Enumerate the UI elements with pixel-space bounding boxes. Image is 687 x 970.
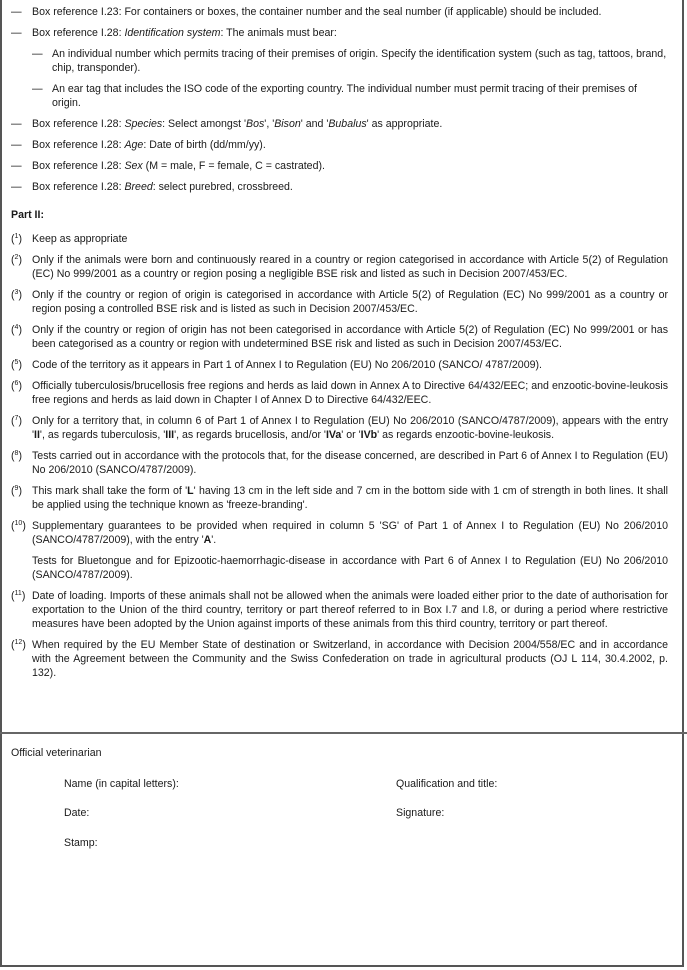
footnote-10: (10)Supplementary guarantees to be provi… [0, 519, 680, 582]
official-veterinarian-title: Official veterinarian [11, 746, 101, 760]
footnote-marker: (3) [11, 288, 22, 302]
footnote-7: (7)Only for a territory that, in column … [0, 414, 680, 442]
footnote-1: (1)Keep as appropriate [0, 232, 680, 246]
footnote-text: Tests for Bluetongue and for Epizootic-h… [32, 554, 668, 582]
note-text: An ear tag that includes the ISO code of… [52, 83, 637, 109]
footnote-text: Only for a territory that, in column 6 o… [32, 414, 668, 442]
part-ii-heading: Part II: [11, 208, 680, 222]
note-text: Box reference I.28: Age: Date of birth (… [32, 139, 266, 151]
footnote-marker: (7) [11, 414, 22, 428]
footnote-marker: (2) [11, 253, 22, 267]
footnote-marker: (8) [11, 449, 22, 463]
footnote-text: Officially tuberculosis/brucellosis free… [32, 379, 668, 407]
dash-bullet-icon: — [32, 47, 43, 61]
footnote-text: When required by the EU Member State of … [32, 638, 668, 680]
footnote-marker: (12) [11, 638, 26, 652]
dash-bullet-icon: — [11, 26, 22, 40]
note-text: Box reference I.28: Sex (M = male, F = f… [32, 160, 325, 172]
footnote-text: Only if the animals were born and contin… [32, 253, 668, 281]
name-field-label: Name (in capital letters): [64, 777, 179, 791]
footnote-2: (2)Only if the animals were born and con… [0, 253, 680, 281]
footnote-marker: (5) [11, 358, 22, 372]
dash-bullet-icon: — [11, 5, 22, 19]
footnote-text: Code of the territory as it appears in P… [32, 358, 668, 372]
box-note-item: —Box reference I.28: Sex (M = male, F = … [0, 159, 680, 173]
box-note-item: —Box reference I.28: Age: Date of birth … [0, 138, 680, 152]
note-text: Box reference I.28: Species: Select amon… [32, 118, 442, 130]
note-text: An individual number which permits traci… [52, 48, 666, 74]
footnote-marker: (4) [11, 323, 22, 337]
footnote-marker: (11) [11, 589, 25, 603]
sub-note-item: —An individual number which permits trac… [0, 47, 680, 75]
section-divider [0, 732, 687, 734]
dash-bullet-icon: — [11, 138, 22, 152]
footnote-marker: (9) [11, 484, 22, 498]
stamp-field-label: Stamp: [64, 836, 98, 850]
footnote-text: Supplementary guarantees to be provided … [32, 519, 668, 547]
sub-note-item: —An ear tag that includes the ISO code o… [0, 82, 680, 110]
footnote-text: Tests carried out in accordance with the… [32, 449, 668, 477]
footnote-text: Only if the country or region of origin … [32, 288, 668, 316]
note-text: Box reference I.28: Breed: select purebr… [32, 181, 293, 193]
footnote-marker: (1) [11, 232, 22, 246]
footnote-9: (9)This mark shall take the form of 'L' … [0, 484, 680, 512]
box-note-item: —Box reference I.28: Identification syst… [0, 26, 680, 40]
signature-field-label: Signature: [396, 806, 444, 820]
footnote-11: (11)Date of loading. Imports of these an… [0, 589, 680, 631]
dash-bullet-icon: — [32, 82, 43, 96]
qualification-field-label: Qualification and title: [396, 777, 497, 791]
box-reference-notes: —Box reference I.23: For containers or b… [0, 5, 680, 194]
dash-bullet-icon: — [11, 159, 22, 173]
note-text: Box reference I.28: Identification syste… [32, 27, 337, 39]
footnote-8: (8)Tests carried out in accordance with … [0, 449, 680, 477]
footnote-6: (6)Officially tuberculosis/brucellosis f… [0, 379, 680, 407]
footnote-12: (12)When required by the EU Member State… [0, 638, 680, 680]
footnote-text: Keep as appropriate [32, 232, 668, 246]
footnote-text: Only if the country or region of origin … [32, 323, 668, 351]
box-note-item: —Box reference I.28: Species: Select amo… [0, 117, 680, 131]
dash-bullet-icon: — [11, 117, 22, 131]
part-ii-footnotes: (1)Keep as appropriate(2)Only if the ani… [0, 232, 680, 680]
notes-section: —Box reference I.23: For containers or b… [0, 5, 680, 687]
note-text: Box reference I.23: For containers or bo… [32, 6, 601, 18]
footnote-marker: (6) [11, 379, 22, 393]
footnote-marker: (10) [11, 519, 26, 533]
box-note-item: —Box reference I.28: Breed: select pureb… [0, 180, 680, 194]
footnote-4: (4)Only if the country or region of orig… [0, 323, 680, 351]
footnote-3: (3)Only if the country or region of orig… [0, 288, 680, 316]
date-field-label: Date: [64, 806, 89, 820]
footnote-text: Date of loading. Imports of these animal… [32, 589, 668, 631]
footnote-text: This mark shall take the form of 'L' hav… [32, 484, 668, 512]
footnote-5: (5)Code of the territory as it appears i… [0, 358, 680, 372]
box-note-item: —Box reference I.23: For containers or b… [0, 5, 680, 19]
dash-bullet-icon: — [11, 180, 22, 194]
